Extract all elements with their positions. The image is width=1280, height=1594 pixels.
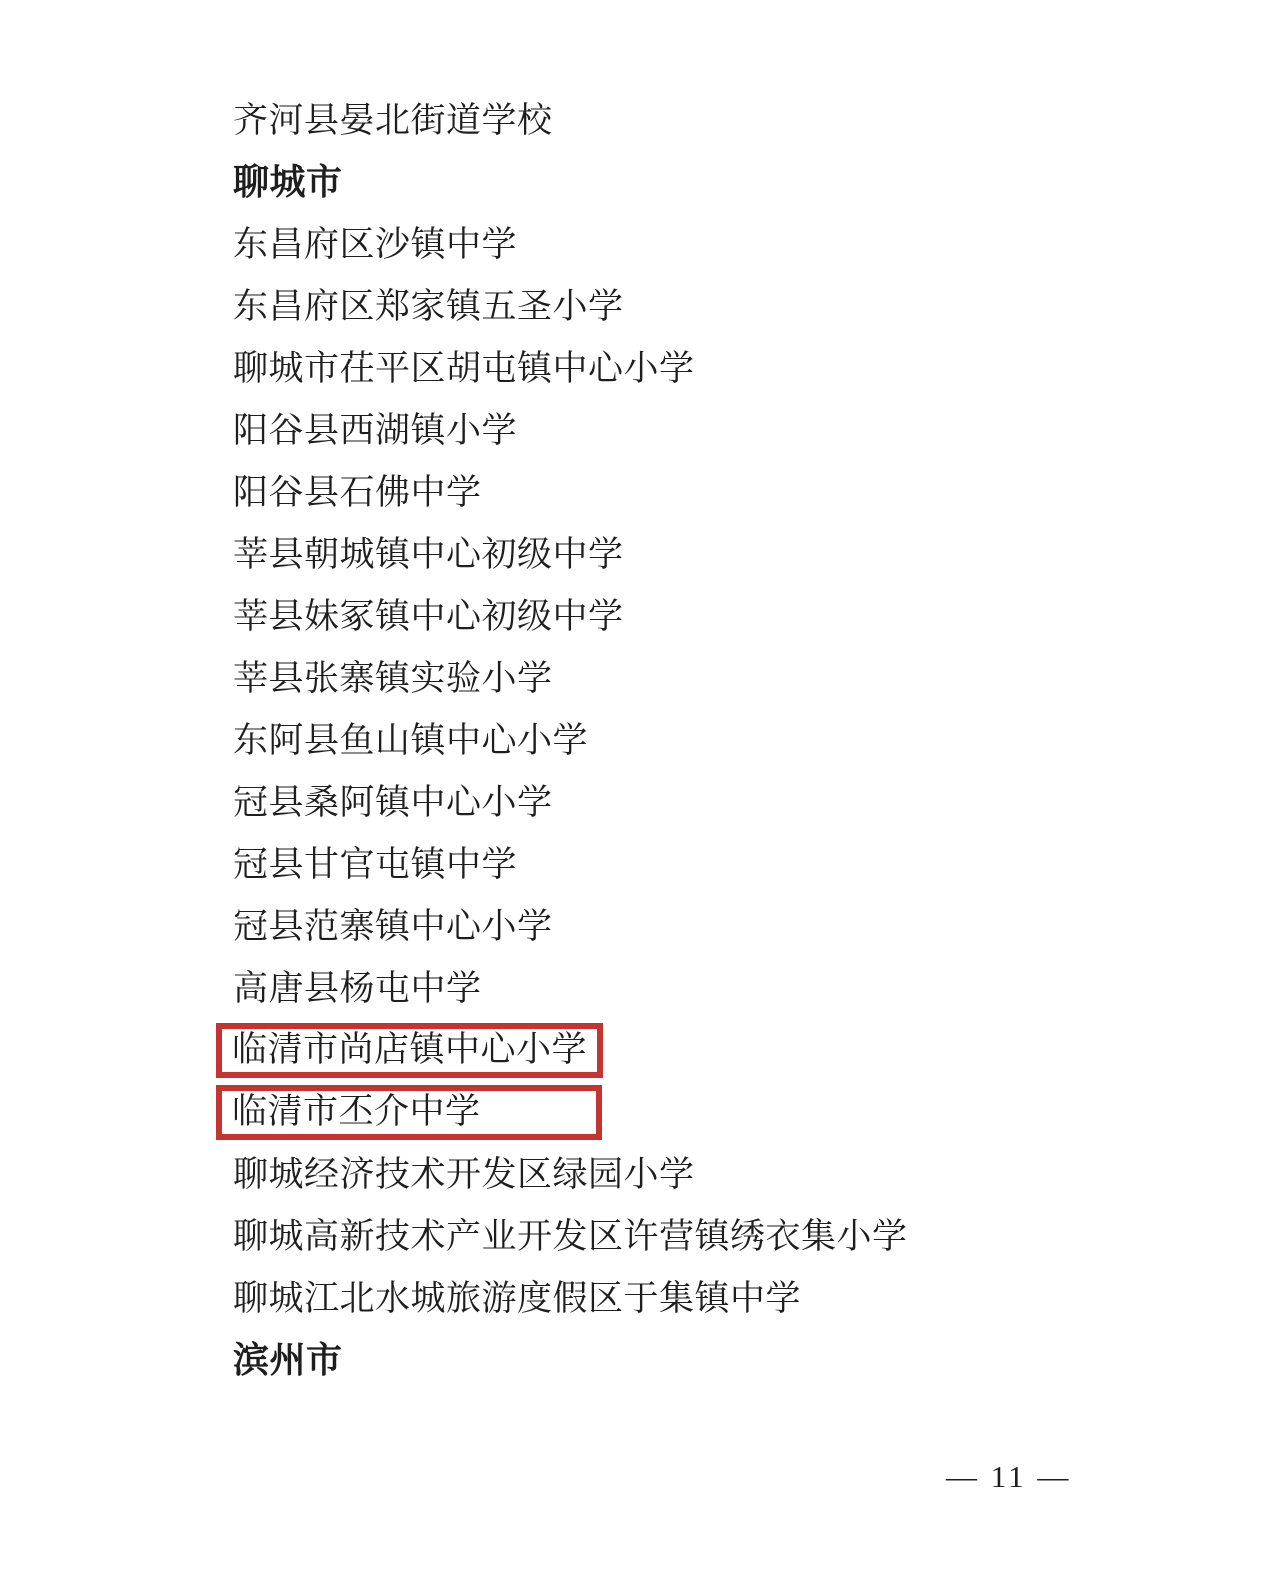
- document-page: 齐河县晏北街道学校 聊城市 东昌府区沙镇中学 东昌府区郑家镇五圣小学 聊城市茌平…: [0, 0, 1280, 1594]
- school-entry: 聊城高新技术产业开发区许营镇绣衣集小学: [233, 1205, 908, 1267]
- school-entry: 莘县朝城镇中心初级中学: [233, 523, 908, 585]
- school-name: 莘县张寨镇实验小学: [233, 661, 553, 696]
- page-number: — 11 —: [946, 1459, 1071, 1495]
- school-entry-highlighted: 临清市丕介中学: [233, 1081, 908, 1143]
- school-entry: 聊城江北水城旅游度假区于集镇中学: [233, 1267, 908, 1329]
- school-entry: 阳谷县石佛中学: [233, 461, 908, 523]
- city-name: 滨州市: [233, 1342, 343, 1378]
- school-entry: 高唐县杨屯中学: [233, 957, 908, 1019]
- highlight-box: 临清市尚店镇中心小学: [216, 1023, 603, 1078]
- city-heading: 聊城市: [233, 151, 908, 213]
- school-name: 临清市尚店镇中心小学: [232, 1032, 587, 1067]
- school-name: 聊城江北水城旅游度假区于集镇中学: [233, 1281, 801, 1316]
- school-entry: 莘县张寨镇实验小学: [233, 647, 908, 709]
- school-entry: 东昌府区郑家镇五圣小学: [233, 275, 908, 337]
- school-name: 聊城市茌平区胡屯镇中心小学: [233, 351, 695, 386]
- school-name: 东阿县鱼山镇中心小学: [233, 723, 588, 758]
- school-name: 冠县桑阿镇中心小学: [233, 785, 553, 820]
- school-entry: 聊城市茌平区胡屯镇中心小学: [233, 337, 908, 399]
- school-name: 聊城高新技术产业开发区许营镇绣衣集小学: [233, 1219, 908, 1254]
- school-entry: 齐河县晏北街道学校: [233, 89, 908, 151]
- school-name: 冠县范寨镇中心小学: [233, 909, 553, 944]
- school-name: 东昌府区沙镇中学: [233, 227, 517, 262]
- school-name: 冠县甘官屯镇中学: [233, 847, 517, 882]
- school-entry-highlighted: 临清市尚店镇中心小学: [233, 1019, 908, 1081]
- city-name: 聊城市: [233, 164, 343, 200]
- page-number-text: — 11 —: [946, 1459, 1071, 1494]
- school-entry: 冠县范寨镇中心小学: [233, 895, 908, 957]
- school-entry: 阳谷县西湖镇小学: [233, 399, 908, 461]
- school-name: 阳谷县石佛中学: [233, 475, 482, 510]
- school-name: 阳谷县西湖镇小学: [233, 413, 517, 448]
- school-name: 高唐县杨屯中学: [233, 971, 482, 1006]
- school-name: 东昌府区郑家镇五圣小学: [233, 289, 624, 324]
- school-entry: 冠县桑阿镇中心小学: [233, 771, 908, 833]
- school-entry: 聊城经济技术开发区绿园小学: [233, 1143, 908, 1205]
- school-list: 齐河县晏北街道学校 聊城市 东昌府区沙镇中学 东昌府区郑家镇五圣小学 聊城市茌平…: [233, 89, 908, 1391]
- school-name: 莘县朝城镇中心初级中学: [233, 537, 624, 572]
- highlight-box: 临清市丕介中学: [216, 1085, 602, 1140]
- school-name: 莘县妹冢镇中心初级中学: [233, 599, 624, 634]
- school-name: 聊城经济技术开发区绿园小学: [233, 1157, 695, 1192]
- school-entry: 冠县甘官屯镇中学: [233, 833, 908, 895]
- school-entry: 东阿县鱼山镇中心小学: [233, 709, 908, 771]
- city-heading: 滨州市: [233, 1329, 908, 1391]
- school-name: 临清市丕介中学: [232, 1094, 481, 1129]
- school-entry: 莘县妹冢镇中心初级中学: [233, 585, 908, 647]
- school-entry: 东昌府区沙镇中学: [233, 213, 908, 275]
- school-name: 齐河县晏北街道学校: [233, 103, 553, 138]
